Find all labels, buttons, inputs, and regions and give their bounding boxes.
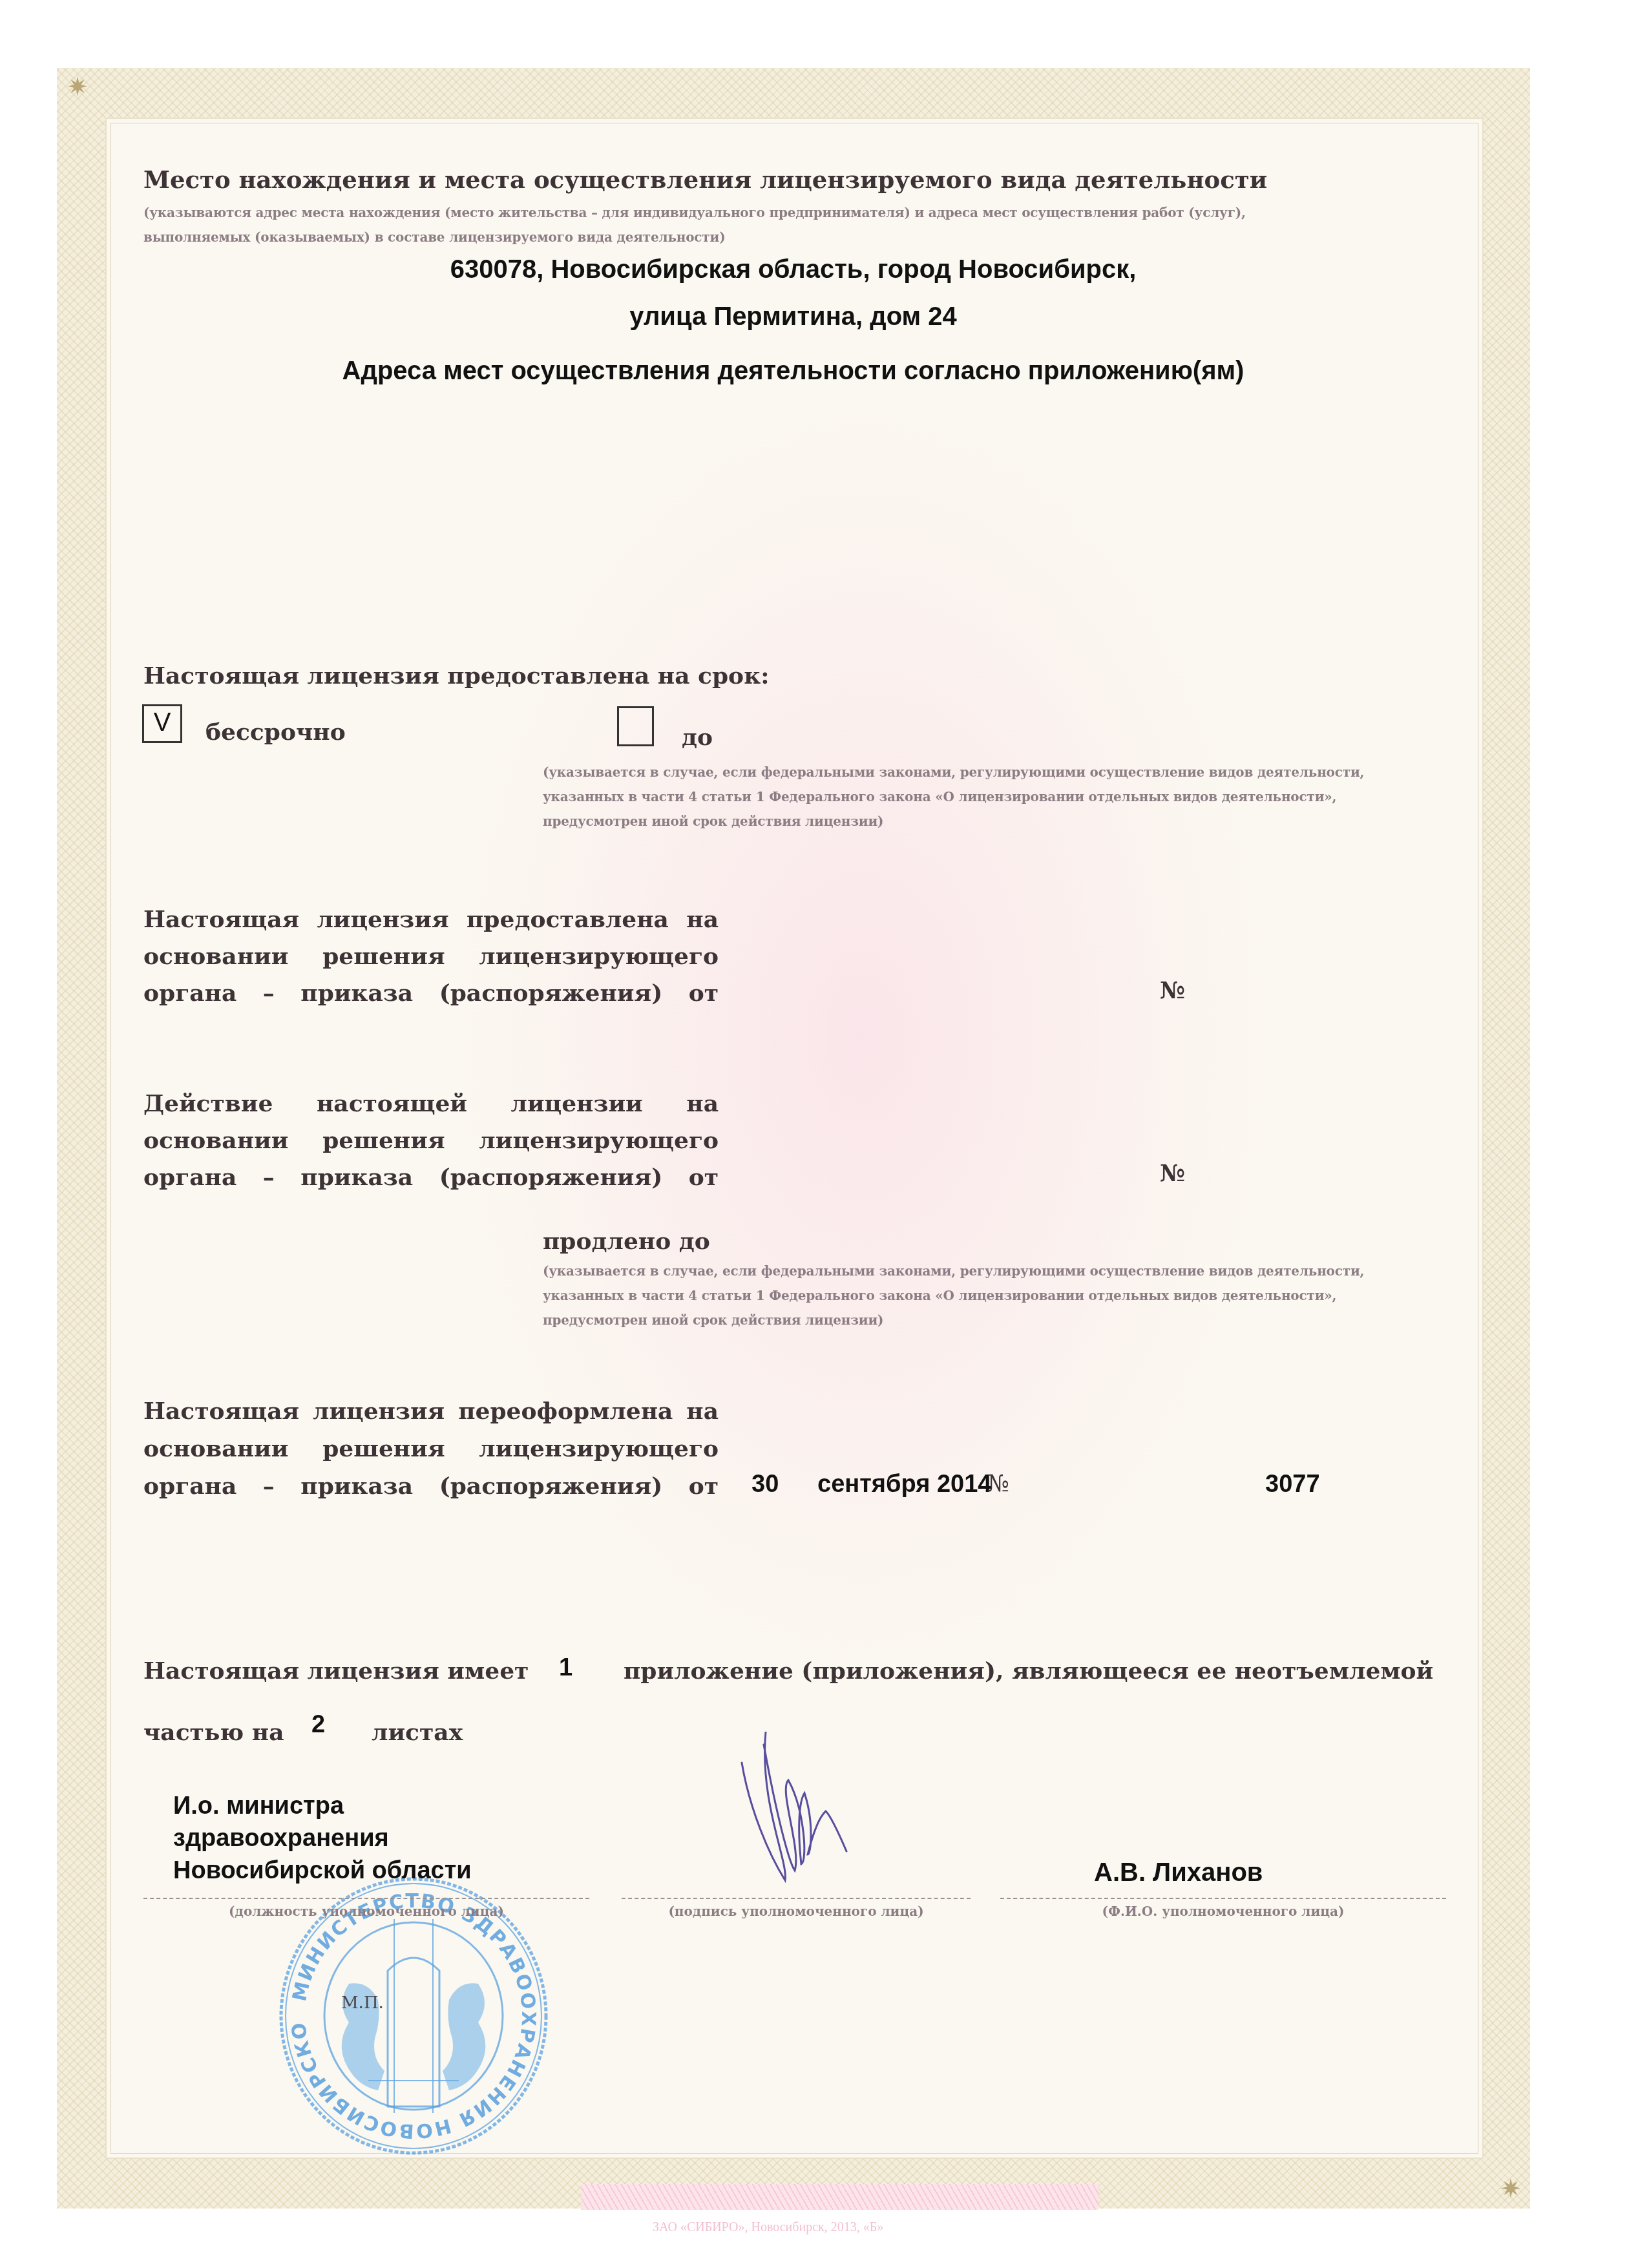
text-line: Настоящая лицензия переоформлена на bbox=[143, 1392, 719, 1430]
printer-imprint: ЗАО «СИБИРО», Новосибирск, 2013, «Б» bbox=[653, 2220, 883, 2235]
text-line: органа – приказа (распоряжения) от bbox=[143, 1467, 719, 1505]
label-indefinite: бессрочно bbox=[205, 719, 346, 746]
annex-sheets-prefix: частью на bbox=[143, 1719, 284, 1746]
annex-sheets: 2 bbox=[311, 1711, 325, 1739]
position-line: здравоохранения bbox=[173, 1822, 472, 1854]
corner-ornament-icon: ✷ bbox=[65, 74, 90, 100]
annex-prefix: Настоящая лицензия имеет bbox=[143, 1657, 529, 1685]
extended-until-label: продлено до bbox=[543, 1228, 710, 1255]
hint-line: (указывается в случае, если федеральными… bbox=[543, 760, 1486, 784]
reissue-text: Настоящая лицензия переоформлена на осно… bbox=[143, 1392, 719, 1505]
address-line-2: улица Пермитина, дом 24 bbox=[105, 302, 1481, 331]
text-line: основании решения лицензирующего bbox=[143, 938, 719, 975]
hint-line: выполняемых (оказываемых) в составе лице… bbox=[143, 225, 1475, 249]
label-until: до bbox=[682, 724, 713, 751]
annex-count: 1 bbox=[559, 1654, 572, 1682]
caption-signature: (подпись уполномоченного лица) bbox=[622, 1904, 971, 1919]
term-heading: Настоящая лицензия предоставлена на срок… bbox=[143, 662, 769, 689]
location-hint: (указываются адрес места нахождения (мес… bbox=[143, 200, 1475, 249]
position-line: И.о. министра bbox=[173, 1790, 472, 1822]
location-heading: Место нахождения и места осуществления л… bbox=[143, 165, 1267, 194]
name-line-rule bbox=[1000, 1898, 1446, 1899]
signature-icon bbox=[724, 1732, 853, 1900]
granted-basis-text: Настоящая лицензия предоставлена на осно… bbox=[143, 901, 719, 1012]
addresses-note: Адреса мест осуществления деятельности с… bbox=[105, 357, 1481, 386]
extension-number-label: № bbox=[1160, 1160, 1185, 1187]
signer-position: И.о. министра здравоохранения Новосибирс… bbox=[173, 1790, 472, 1887]
hint-line: (указывается в случае, если федеральными… bbox=[543, 1259, 1486, 1283]
text-line: органа – приказа (распоряжения) от bbox=[143, 975, 719, 1012]
extension-text: Действие настоящей лицензии на основании… bbox=[143, 1086, 719, 1196]
hint-line: указанных в части 4 статьи 1 Федеральног… bbox=[543, 1283, 1486, 1308]
hint-line: указанных в части 4 статьи 1 Федеральног… bbox=[543, 784, 1486, 809]
extension-hint: (указывается в случае, если федеральными… bbox=[543, 1259, 1486, 1332]
hint-line: предусмотрен иной срок действия лицензии… bbox=[543, 1308, 1486, 1332]
granted-number-label: № bbox=[1160, 977, 1185, 1004]
reissue-month-year: сентября 2014 bbox=[817, 1471, 991, 1498]
annex-middle: приложение (приложения), являющееся ее н… bbox=[624, 1657, 1433, 1685]
position-line: Новосибирской области bbox=[173, 1854, 472, 1887]
reissue-number-label: № bbox=[987, 1471, 1009, 1497]
seal-place-label: М.П. bbox=[341, 1993, 384, 2013]
hint-line: (указываются адрес места нахождения (мес… bbox=[143, 200, 1475, 225]
annex-sheets-suffix: листах bbox=[372, 1719, 463, 1746]
caption-position: (должность уполномоченного лица) bbox=[143, 1904, 589, 1919]
term-hint: (указывается в случае, если федеральными… bbox=[543, 760, 1486, 834]
position-line-rule bbox=[143, 1898, 589, 1899]
corner-ornament-icon: ✷ bbox=[1498, 2176, 1524, 2202]
caption-name: (Ф.И.О. уполномоченного лица) bbox=[1000, 1904, 1446, 1919]
address-line-1: 630078, Новосибирская область, город Нов… bbox=[105, 255, 1481, 284]
text-line: Действие настоящей лицензии на bbox=[143, 1086, 719, 1122]
text-line: основании решения лицензирующего bbox=[143, 1122, 719, 1159]
checkbox-indefinite[interactable]: V bbox=[142, 704, 182, 743]
text-line: органа – приказа (распоряжения) от bbox=[143, 1159, 719, 1196]
border-pink-band bbox=[582, 2184, 1098, 2210]
reissue-number: 3077 bbox=[1265, 1471, 1320, 1498]
text-line: Настоящая лицензия предоставлена на bbox=[143, 901, 719, 938]
text-line: основании решения лицензирующего bbox=[143, 1430, 719, 1467]
reissue-day: 30 bbox=[751, 1471, 779, 1498]
signer-name: А.В. Лиханов bbox=[1094, 1858, 1263, 1887]
hint-line: предусмотрен иной срок действия лицензии… bbox=[543, 809, 1486, 834]
checkbox-until[interactable] bbox=[617, 706, 654, 746]
